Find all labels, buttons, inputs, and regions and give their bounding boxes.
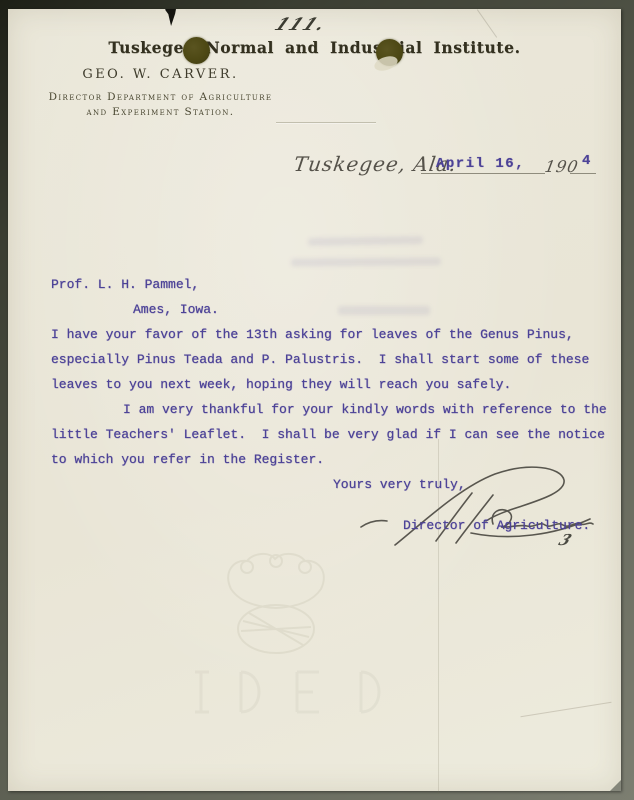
letter-paper: 111. Tuskegee Normal and Industrial Inst…: [8, 9, 621, 791]
letterhead-rule: [276, 122, 376, 123]
archival-page-number: 111.: [271, 15, 342, 35]
ink-showthrough: [291, 257, 441, 266]
signature-title: Director of Agriculture.: [403, 518, 590, 533]
hole-punch-icon: [183, 37, 210, 64]
paragraph1-line2: especially Pinus Teada and P. Palustris.…: [51, 347, 611, 372]
crown-watermark-icon: [213, 551, 348, 666]
recipient-address: Ames, Iowa.: [51, 297, 611, 322]
dateline-year-rule: [570, 173, 596, 174]
paper-notch: [165, 9, 176, 26]
dateline-typed-year-digit: 4: [582, 153, 590, 169]
officer-title-line2: and Experiment Station.: [33, 105, 288, 120]
paragraph2-line2: little Teachers' Leaflet. I shall be ver…: [51, 422, 611, 447]
paper-crease: [520, 702, 611, 717]
letterhead-officer-block: GEO. W. CARVER. Director Department of A…: [33, 67, 288, 120]
officer-name: GEO. W. CARVER.: [33, 67, 288, 82]
dateline-typed-date: April 16,: [436, 156, 525, 172]
ink-showthrough: [308, 236, 423, 246]
hole-punch-icon: [376, 39, 403, 66]
paragraph1-line1: I have your favor of the 13th asking for…: [51, 322, 611, 347]
officer-title-line1: Director Department of Agriculture: [33, 90, 288, 105]
dateline-blank-rule: [421, 173, 545, 174]
paragraph1-line3: leaves to you next week, hoping they wil…: [51, 372, 611, 397]
paper-crease: [477, 9, 497, 37]
scanned-letter: 111. Tuskegee Normal and Industrial Inst…: [0, 0, 634, 800]
watermark-letters: [193, 664, 433, 719]
recipient-name: Prof. L. H. Pammel,: [51, 272, 611, 297]
letterhead-institution: Tuskegee Normal and Industrial Institute…: [8, 38, 621, 57]
signature-lead-dash: [361, 521, 387, 527]
corner-clip: [610, 780, 621, 791]
paper-crease: [438, 439, 439, 794]
paragraph2-line1: I am very thankful for your kindly words…: [51, 397, 611, 422]
